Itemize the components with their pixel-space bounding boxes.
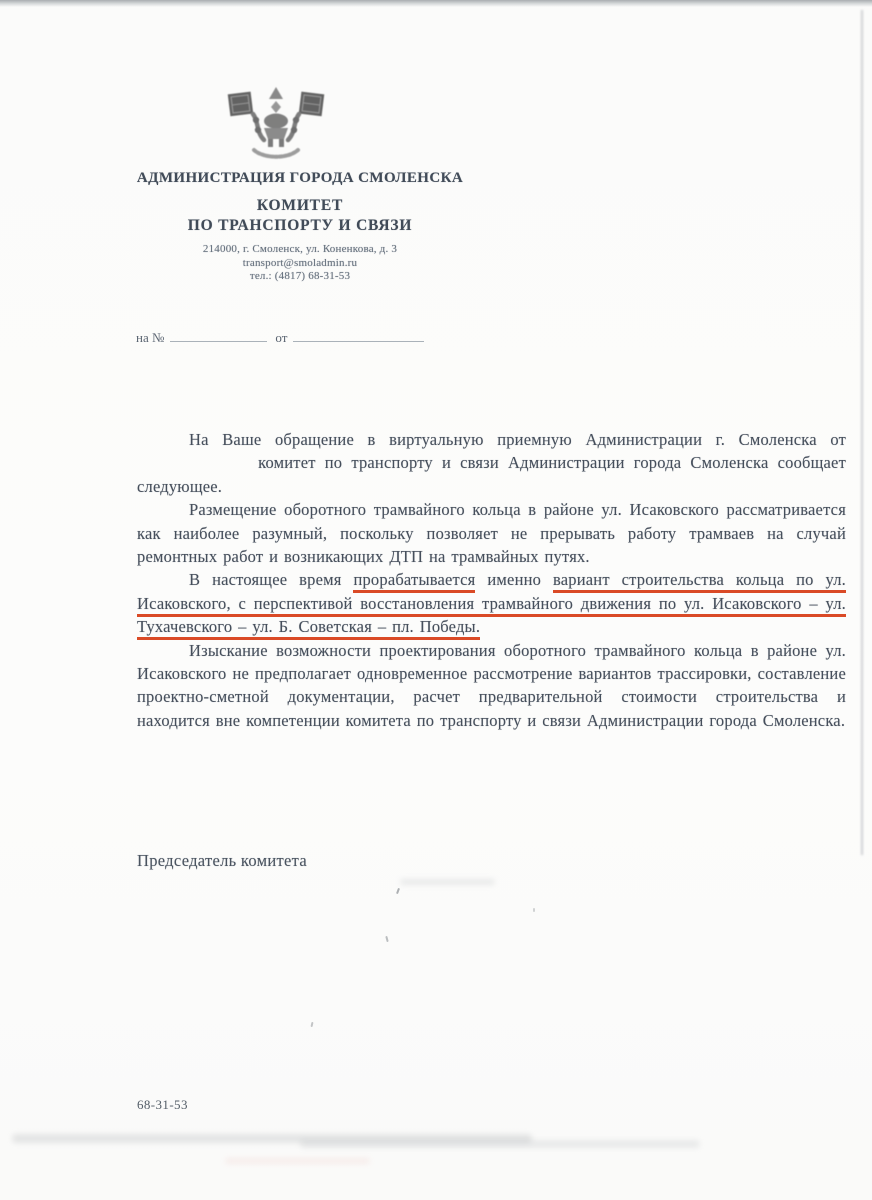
ref-date-blank (293, 328, 424, 342)
text-segment: комитет по транспорту и связи Администра… (137, 453, 846, 495)
ref-number-label: на № (136, 330, 164, 345)
text-segment: Размещение оборотного трамвайного кольца… (137, 500, 846, 566)
scan-bleedthrough (400, 879, 495, 885)
paragraph: Изыскание возможности проектирования обо… (137, 639, 846, 733)
ref-date-label: от (275, 330, 287, 345)
scan-right-edge-line (861, 10, 863, 855)
committee-line2: ПО ТРАНСПОРТУ И СВЯЗИ (116, 216, 484, 236)
paragraph: На Ваше обращение в виртуальную приемную… (137, 428, 846, 498)
ref-number-blank (170, 328, 267, 342)
scanned-letter-page: АДМИНИСТРАЦИЯ ГОРОДА СМОЛЕНСКА КОМИТЕТ П… (0, 0, 872, 1200)
smolensk-coat-of-arms-icon (226, 84, 326, 164)
paragraph: Размещение оборотного трамвайного кольца… (137, 498, 846, 568)
scan-speck (533, 908, 535, 912)
letter-body: На Ваше обращение в виртуальную приемную… (137, 428, 846, 732)
organization-name: АДМИНИСТРАЦИЯ ГОРОДА СМОЛЕНСКА (116, 170, 484, 187)
scan-speck (385, 936, 388, 942)
signature-title: Председатель комитета (137, 851, 307, 871)
letterhead-contacts: 214000, г. Смоленск, ул. Коненкова, д. 3… (116, 243, 484, 284)
scan-top-edge (0, 0, 872, 7)
scan-bleedthrough (225, 1158, 370, 1164)
footer-phone: 68-31-53 (137, 1097, 188, 1113)
email-address: transport@smoladmin.ru (116, 257, 484, 271)
committee-line1: КОМИТЕТ (116, 196, 484, 216)
scan-bleedthrough (300, 1140, 700, 1148)
reference-line: на №от (136, 328, 424, 346)
text-segment: На Ваше обращение в виртуальную приемную… (189, 430, 846, 449)
paragraph: В настоящее время прорабатывается именно… (137, 568, 846, 638)
letterhead: АДМИНИСТРАЦИЯ ГОРОДА СМОЛЕНСКА КОМИТЕТ П… (116, 170, 484, 284)
text-segment: В настоящее время (189, 570, 353, 589)
postal-address: 214000, г. Смоленск, ул. Коненкова, д. 3 (116, 243, 484, 257)
scan-speck (311, 1022, 314, 1027)
phone-number: тел.: (4817) 68-31-53 (116, 270, 484, 284)
scan-speck (396, 888, 400, 894)
red-underlined-text: прорабатывается (353, 570, 475, 593)
text-segment: Изыскание возможности проектирования обо… (137, 641, 846, 730)
text-segment: именно (475, 570, 553, 589)
committee-name: КОМИТЕТ ПО ТРАНСПОРТУ И СВЯЗИ (116, 196, 484, 236)
